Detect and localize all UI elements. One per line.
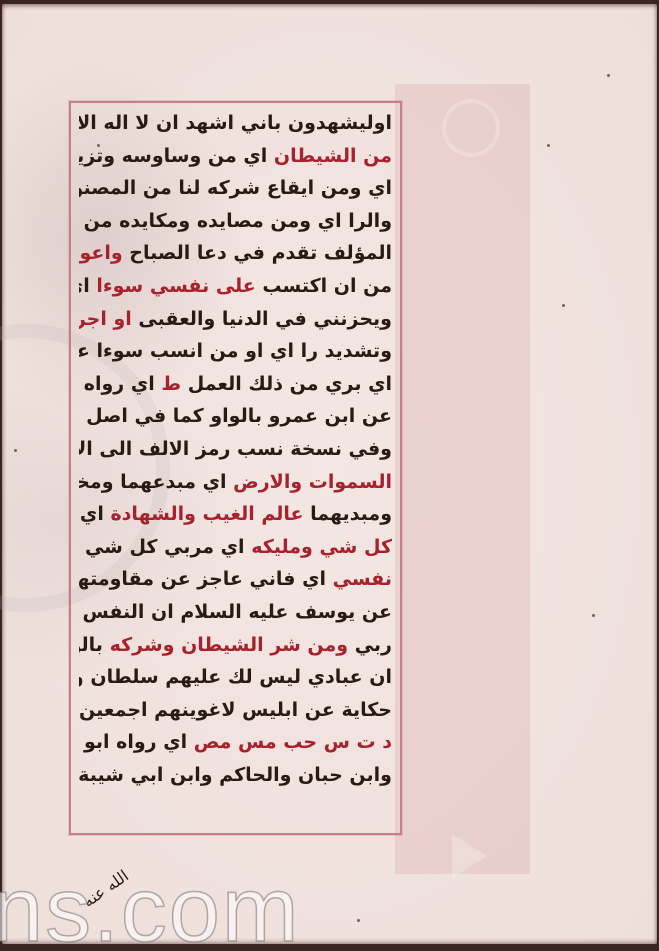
manuscript-line: المؤلف تقدم في دعا الصباح واعوذ بك ان اق… (79, 237, 392, 270)
rubric-text: واعوذ بك ان اقترف (79, 242, 123, 264)
paper-speck (357, 919, 360, 922)
body-text: وتشديد را اي او من انسب سوءا عملته او لم… (79, 340, 392, 362)
body-text: حكاية عن ابليس لاغوينهم اجمعين الا عبادك… (79, 699, 392, 721)
manuscript-line: نفسي اي فاني عاجز عن مقاومتها اشارة الى … (79, 563, 392, 596)
manuscript-line: حكاية عن ابليس لاغوينهم اجمعين الا عبادك… (79, 694, 392, 727)
manuscript-line: د ت س حب مس مص اي رواه ابو داود والترمذي… (79, 726, 392, 759)
body-text: ويحزنني في الدنيا والعقبى (132, 308, 392, 330)
body-text: اي رواه ابو داود والترمذي والنسائي (79, 731, 194, 753)
text-block-frame: اوليشهدون باني اشهد ان لا اله الا انت ال… (69, 101, 402, 835)
rubric-text: السموات والارض (233, 471, 392, 493)
body-text: اي ومن ايقاع شركه لنا من المصنوعات وفي ن… (79, 177, 392, 199)
body-text: عن ابن عمرو بالواو كما في اصل الجلال وفي… (79, 405, 392, 427)
body-text: بالوجهين اما الى قوله تعالى (79, 634, 110, 656)
manuscript-line: السموات والارض اي مبدعهما ومخترعهما وموج… (79, 466, 392, 499)
rubric-text: ط (161, 373, 181, 395)
body-text: اي فاني عاجز عن مقاومتها اشارة الى قوله … (79, 568, 333, 590)
manuscript-line: عن يوسف عليه السلام ان النفس لامارة بالس… (79, 596, 392, 629)
manuscript-line: ويحزنني في الدنيا والعقبى او اجره بفتح ه… (79, 303, 392, 336)
body-text: اي معصية مما يسوئني (79, 275, 96, 297)
body-text: اوليشهدون باني اشهد ان لا اله الا انت ال… (79, 112, 392, 134)
body-text: ربي (348, 634, 392, 656)
body-text: ان عبادي ليس لك عليهم سلطان واشارة الى ق… (79, 666, 392, 688)
paper-speck (547, 144, 550, 147)
body-text: من ان اكتسب (256, 275, 392, 297)
manuscript-line: عن ابن عمرو بالواو كما في اصل الجلال وفي… (79, 400, 392, 433)
body-text: اي مربي كل شي ومتصرفه (79, 536, 251, 558)
rubric-text: عالم الغيب والشهادة (110, 503, 303, 525)
paper-speck (14, 449, 17, 452)
rubric-text: ومن شر الشيطان وشركه (110, 634, 349, 656)
rubric-text: من الشيطان (274, 145, 392, 167)
rubric-text: او اجره (79, 308, 132, 330)
paper-speck (562, 304, 565, 307)
body-text: اي رواه احمد والطبراني كلاهما (79, 373, 161, 395)
rubric-text: نفسي (333, 568, 392, 590)
paper-speck (592, 614, 595, 617)
manuscript-line: ان عبادي ليس لك عليهم سلطان واشارة الى ق… (79, 661, 392, 694)
manuscript-line: والرا اي ومن مصايده ومكايده من مكامن الس… (79, 205, 392, 238)
paper-speck (607, 74, 610, 77)
manuscript-line: وابن حبان والحاكم وابن ابي شيبة عن ابي ب… (79, 759, 392, 792)
manuscript-line: كل شي ومليكه اي مربي كل شي ومتصرفه اعوذ … (79, 531, 392, 564)
rubric-text: على نفسي سوءا (96, 275, 255, 297)
body-text: المؤلف تقدم في دعا الصباح (123, 242, 392, 264)
body-text: اي بري من ذلك العمل (181, 373, 392, 395)
body-text: ومبديهما (304, 503, 392, 525)
watermark-logo-icon (442, 99, 500, 157)
manuscript-line: اي ومن ايقاع شركه لنا من المصنوعات وفي ن… (79, 172, 392, 205)
manuscript-line: اوليشهدون باني اشهد ان لا اله الا انت ال… (79, 107, 392, 140)
manuscript-line: وتشديد را اي او من انسب سوءا عملته او لم… (79, 335, 392, 368)
manuscript-line: من ان اكتسب على نفسي سوءا اي معصية مما ي… (79, 270, 392, 303)
body-text: اي من وساوسه وتزيين الخطوات (79, 145, 274, 167)
body-text: والرا اي ومن مصايده ومكايده من مكامن الس… (79, 210, 392, 232)
body-text: وفي نسخة نسب رمز الالف الى الاول والثاني… (79, 438, 392, 460)
watermark-play-icon (452, 834, 487, 878)
body-text: اي مبدعهما ومخترعهما وموجدهما (79, 471, 233, 493)
manuscript-line: ربي ومن شر الشيطان وشركه بالوجهين اما ال… (79, 629, 392, 662)
site-watermark: ns.com (0, 864, 301, 951)
manuscript-line: اي بري من ذلك العمل ط اي رواه احمد والطب… (79, 368, 392, 401)
manuscript-line: ومبديهما عالم الغيب والشهادة اي السر وال… (79, 498, 392, 531)
manuscript-line: من الشيطان اي من وساوسه وتزيين الخطوات و… (79, 140, 392, 173)
watermark-overlay-band (395, 84, 530, 874)
manuscript-page: اوليشهدون باني اشهد ان لا اله الا انت ال… (2, 4, 657, 944)
body-text: اي السر والعلانية (79, 503, 110, 525)
rubric-text: كل شي ومليكه (251, 536, 392, 558)
rubric-text: د ت س حب مس مص (194, 731, 392, 753)
body-text: وابن حبان والحاكم وابن ابي شيبة عن ابي ب… (79, 764, 392, 786)
body-text: عن يوسف عليه السلام ان النفس لامارة بالس… (79, 601, 392, 623)
manuscript-line: وفي نسخة نسب رمز الالف الى الاول والثاني… (79, 433, 392, 466)
